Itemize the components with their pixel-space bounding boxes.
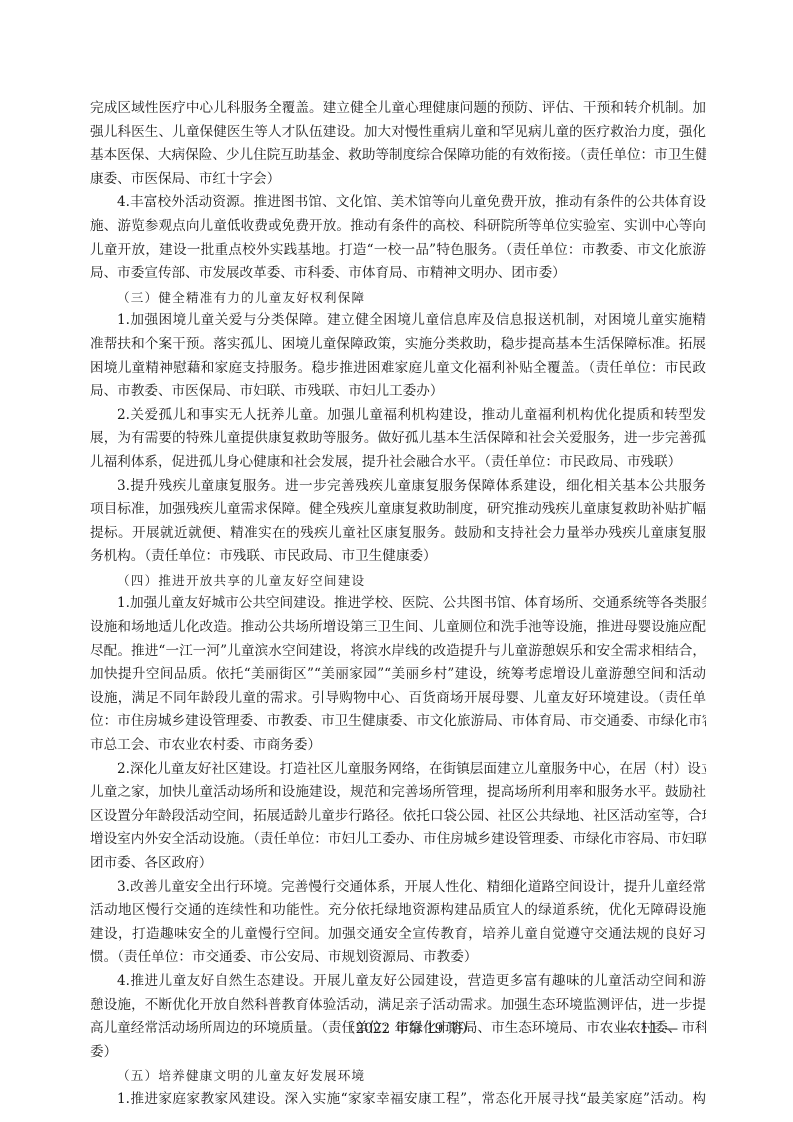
text-line: 完成区域性医疗中心儿科服务全覆盖。建立健全儿童心理健康问题的预防、评估、干预和转…	[90, 97, 706, 121]
text-line: 建设，打造趣味安全的儿童慢行空间。加强交通安全宣传教育，培养儿童自觉遵守交通法规…	[90, 923, 706, 947]
text-line: 准帮扶和个案干预。落实孤儿、困境儿童保障政策，实施分类救助，稳步提高基本生活保障…	[90, 333, 706, 357]
text-line: 设施和场地适儿化改造。推动公共场所增设第三卫生间、儿童厕位和洗手池等设施，推进母…	[90, 616, 706, 640]
text-line: 设施，满足不同年龄段儿童的需求。引导购物中心、百货商场开展母婴、儿童友好环境建设…	[90, 687, 706, 711]
text-line: 3.提升残疾儿童康复服务。进一步完善残疾儿童康复服务保障体系建设，细化相关基本公…	[90, 475, 706, 499]
text-line: 活动地区慢行交通的连续性和功能性。充分依托绿地资源构建品质宜人的绿道系统，优化无…	[90, 899, 706, 923]
text-line: 局、市委宣传部、市发展改革委、市科委、市体育局、市精神文明办、团市委）	[90, 262, 706, 286]
page-number: — 11 —	[620, 1017, 679, 1041]
section-heading: （四）推进开放共享的儿童友好空间建设	[90, 569, 706, 593]
text-line: 康委、市医保局、市红十字会）	[90, 168, 706, 192]
text-line: 困境儿童精神慰藉和家庭支持服务。稳步推进困难家庭儿童文化福利补贴全覆盖。（责任单…	[90, 357, 706, 381]
text-line: 惯。（责任单位：市交通委、市公安局、市规划资源局、市教委）	[90, 946, 706, 970]
section-heading: （五）培养健康文明的儿童友好发展环境	[90, 1064, 706, 1088]
text-line: 团市委、各区政府）	[90, 852, 706, 876]
section-heading: （三）健全精准有力的儿童友好权利保障	[90, 286, 706, 310]
text-line: 施、游览参观点向儿童低收费或免费开放。推动有条件的高校、科研院所等单位实验室、实…	[90, 215, 706, 239]
text-line: 强儿科医生、儿童保健医生等人才队伍建设。加大对慢性重病儿童和罕见病儿童的医疗救治…	[90, 121, 706, 145]
text-line: 基本医保、大病保险、少儿住院互助基金、救助等制度综合保障功能的有效衔接。（责任单…	[90, 144, 706, 168]
page-footer: （2022 年第 19 期） — 11 —	[0, 1017, 793, 1041]
text-line: 1.推进家庭家教家风建设。深入实施“家家幸福安康工程”，常态化开展寻找“最美家庭…	[90, 1088, 706, 1112]
text-line: 务机构。（责任单位：市残联、市民政局、市卫生健康委）	[90, 545, 706, 569]
text-line: 项目标准，加强残疾儿童需求保障。健全残疾儿童康复救助制度，研究推动残疾儿童康复救…	[90, 498, 706, 522]
text-line: 4.推进儿童友好自然生态建设。开展儿童友好公园建设，营造更多富有趣味的儿童活动空…	[90, 970, 706, 994]
text-line: 儿童之家，加快儿童活动场所和设施建设，规范和完善场所管理，提高场所利用率和服务水…	[90, 781, 706, 805]
text-line: 儿童开放，建设一批重点校外实践基地。打造“一校一品”特色服务。（责任单位：市教委…	[90, 239, 706, 263]
text-line: 展，为有需要的特殊儿童提供康复救助等服务。做好孤儿基本生活保障和社会关爱服务，进…	[90, 427, 706, 451]
text-line: 1.加强困境儿童关爱与分类保障。建立健全困境儿童信息库及信息报送机制，对困境儿童…	[90, 309, 706, 333]
text-line: 尽配。推进“一江一河”儿童滨水空间建设，将滨水岸线的改造提升与儿童游憩娱乐和安全…	[90, 640, 706, 664]
document-body: 完成区域性医疗中心儿科服务全覆盖。建立健全儿童心理健康问题的预防、评估、干预和转…	[90, 97, 706, 1112]
text-line: 局、市教委、市医保局、市妇联、市残联、市妇儿工委办）	[90, 380, 706, 404]
issue-label: （2022 年第 19 期）	[342, 1017, 475, 1041]
text-line: 区设置分年龄段活动空间，拓展适龄儿童步行路径。依托口袋公园、社区公共绿地、社区活…	[90, 805, 706, 829]
text-line: 位：市住房城乡建设管理委、市教委、市卫生健康委、市文化旅游局、市体育局、市交通委…	[90, 710, 706, 734]
text-line: 1.加强儿童友好城市公共空间建设。推进学校、医院、公共图书馆、体育场所、交通系统…	[90, 592, 706, 616]
text-line: 儿福利体系，促进孤儿身心健康和社会发展，提升社会融合水平。（责任单位：市民政局、…	[90, 451, 706, 475]
text-line: 提标。开展就近就便、精准实在的残疾儿童社区康复服务。鼓励和支持社会力量举办残疾儿…	[90, 522, 706, 546]
text-line: 2.关爱孤儿和事实无人抚养儿童。加强儿童福利机构建设，推动儿童福利机构优化提质和…	[90, 404, 706, 428]
text-line: 市总工会、市农业农村委、市商务委）	[90, 734, 706, 758]
text-line: 委）	[90, 1041, 706, 1065]
text-line: 增设室内外安全活动设施。（责任单位：市妇儿工委办、市住房城乡建设管理委、市绿化市…	[90, 828, 706, 852]
text-line: 憩设施，不断优化开放自然科普教育体验活动，满足亲子活动需求。加强生态环境监测评估…	[90, 994, 706, 1018]
text-line: 加快提升空间品质。依托“美丽街区”“美丽家园”“美丽乡村”建设，统筹考虑增设儿童…	[90, 663, 706, 687]
text-line: 3.改善儿童安全出行环境。完善慢行交通体系，开展人性化、精细化道路空间设计，提升…	[90, 876, 706, 900]
text-line: 4.丰富校外活动资源。推进图书馆、文化馆、美术馆等向儿童免费开放，推动有条件的公…	[90, 191, 706, 215]
text-line: 2.深化儿童友好社区建设。打造社区儿童服务网络，在街镇层面建立儿童服务中心，在居…	[90, 758, 706, 782]
